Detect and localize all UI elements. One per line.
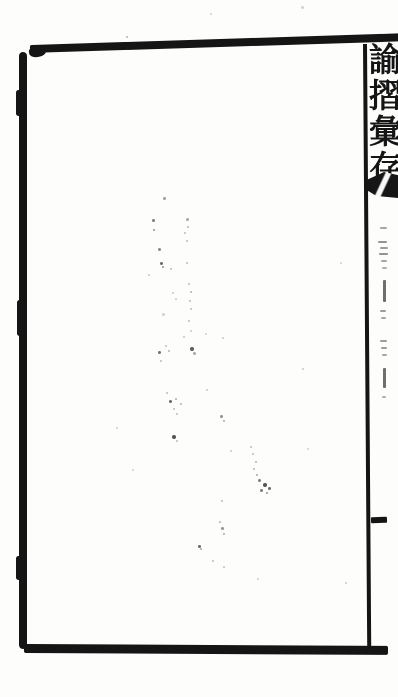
- margin-character-fragment: [378, 241, 387, 243]
- frame-ink-nub: [16, 90, 21, 116]
- ink-speckle: [116, 427, 118, 429]
- ink-speckle: [132, 469, 134, 471]
- ink-speckle: [160, 360, 162, 362]
- ink-speckle: [158, 351, 161, 354]
- title-column: 諭 摺 彙 存: [369, 42, 398, 186]
- scanned-page: 諭 摺 彙 存: [0, 0, 398, 697]
- ink-speckle: [223, 533, 225, 535]
- ink-speckle: [189, 300, 191, 302]
- ink-speckle: [166, 392, 168, 394]
- ink-speckle: [223, 566, 225, 568]
- margin-character-fragment: [380, 247, 388, 249]
- ink-speckle: [176, 413, 178, 415]
- margin-character-fragment: [382, 267, 387, 269]
- ink-speckle: [168, 350, 170, 352]
- margin-character-fragment: [383, 280, 386, 302]
- ink-speckle: [175, 298, 177, 300]
- ink-speckle: [266, 492, 268, 494]
- ink-speckle: [126, 36, 128, 38]
- ink-speckle: [223, 420, 225, 422]
- frame-border-bottom: [24, 644, 388, 655]
- ink-speckle: [340, 262, 342, 264]
- ink-speckle: [162, 313, 165, 316]
- ink-speckle: [186, 262, 188, 264]
- title-character: 彙: [369, 114, 398, 150]
- frame-border-top: [30, 33, 398, 53]
- ink-speckle: [152, 219, 155, 222]
- ink-speckle: [256, 474, 258, 476]
- ink-speckle: [345, 582, 347, 584]
- ink-speckle: [165, 345, 167, 347]
- ink-speckle: [221, 500, 223, 502]
- ink-speckle: [170, 268, 172, 270]
- ink-speckle: [301, 6, 304, 9]
- frame-ink-nub: [17, 300, 22, 336]
- ink-speckle: [220, 415, 223, 418]
- ink-speckle: [221, 527, 224, 530]
- ink-speckle: [205, 333, 207, 335]
- ink-speckle: [219, 521, 221, 523]
- ink-speckle: [190, 330, 192, 332]
- ink-speckle: [160, 262, 163, 265]
- ink-speckle: [163, 197, 166, 200]
- margin-character-fragment: [382, 354, 387, 356]
- ink-speckle: [172, 435, 176, 439]
- ink-speckle: [222, 337, 224, 339]
- ink-speckle: [210, 13, 212, 15]
- margin-character-fragment: [381, 317, 386, 319]
- ink-speckle: [307, 448, 309, 450]
- ink-speckle: [188, 283, 190, 285]
- ink-speckle: [183, 336, 185, 338]
- margin-character-fragment: [381, 347, 387, 349]
- ink-speckle: [180, 403, 182, 405]
- ink-speckle: [230, 450, 232, 452]
- margin-character-fragment: [381, 260, 387, 262]
- ink-speckle: [173, 408, 175, 410]
- ink-speckle: [252, 453, 254, 455]
- ink-speckle: [250, 446, 252, 448]
- ink-speckle: [148, 274, 150, 276]
- title-character: 諭: [369, 42, 398, 78]
- ink-speckle: [263, 483, 267, 487]
- ink-speckle: [206, 389, 208, 391]
- title-character: 摺: [369, 78, 398, 114]
- ink-speckle: [188, 320, 190, 322]
- ink-speckle: [268, 487, 271, 490]
- ink-speckle: [260, 489, 263, 492]
- margin-character-fragment: [380, 340, 387, 342]
- ink-speckle: [302, 368, 304, 370]
- ink-speckle: [193, 352, 196, 355]
- ink-speckle: [176, 440, 178, 442]
- ink-speckle: [172, 292, 174, 294]
- margin-character-fragment: [380, 310, 386, 312]
- margin-character-fragment: [380, 227, 387, 229]
- ink-speckle: [255, 461, 257, 463]
- ink-speckle: [186, 240, 188, 242]
- ink-speckle: [162, 266, 164, 268]
- ink-speckle: [190, 291, 192, 293]
- frame-corner-blot: [28, 45, 47, 59]
- frame-ink-nub: [16, 556, 21, 580]
- ink-speckle: [190, 308, 192, 310]
- ink-speckle: [169, 400, 172, 403]
- ink-speckle: [175, 398, 177, 400]
- ink-speckle: [200, 548, 202, 550]
- margin-character-fragment: [382, 396, 386, 398]
- margin-dash-mark: [371, 517, 387, 524]
- margin-character-fragment: [383, 368, 386, 388]
- ink-speckle: [253, 468, 255, 470]
- ink-speckle: [212, 560, 214, 562]
- ink-speckle: [186, 218, 189, 221]
- ink-speckle: [258, 479, 261, 482]
- ink-speckle: [184, 232, 186, 234]
- ink-speckle: [187, 226, 189, 228]
- margin-character-fragment: [379, 253, 388, 255]
- ink-speckle: [257, 578, 259, 580]
- ink-speckle: [153, 229, 155, 231]
- ink-speckle: [158, 248, 161, 251]
- ink-speckle: [190, 347, 194, 351]
